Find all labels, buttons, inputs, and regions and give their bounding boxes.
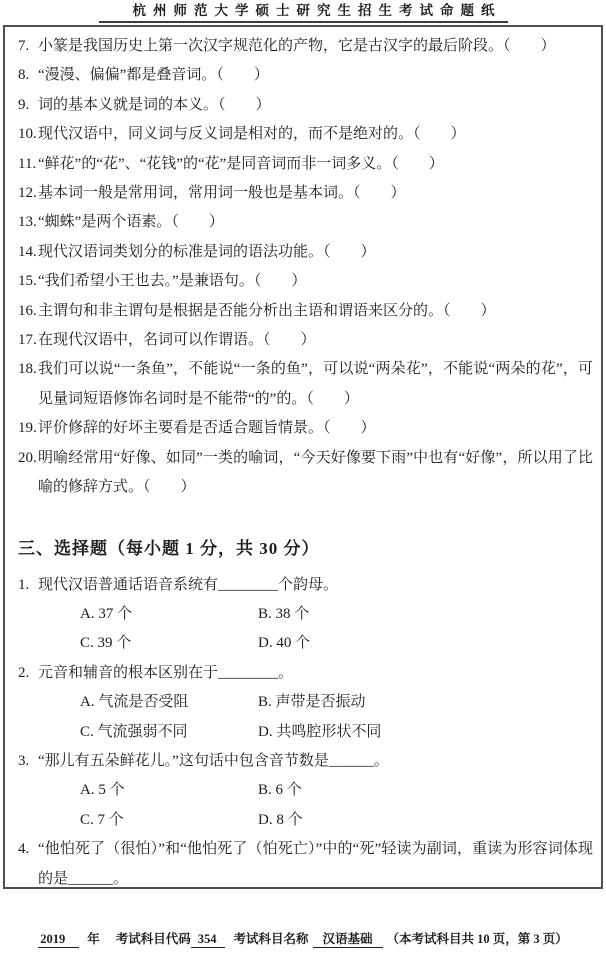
- question-number: 11.: [18, 150, 36, 179]
- question-stem: 现代汉语普通话语音系统有________个韵母。: [38, 577, 338, 593]
- question-number: 18.: [18, 355, 37, 384]
- mc-question-2-options: A. 气流是否受阻 B. 声带是否振动 C. 气流强弱不同 D. 共鸣腔形状不同: [18, 688, 593, 747]
- true-false-item-18: 18. 我们可以说“一条鱼”，不能说“一条的鱼”，可以说“两朵花”，不能说“两朵…: [18, 355, 593, 414]
- page-footer: 2019年考试科目代码354考试科目名称汉语基础（本考试科目共 10 页，第 3…: [0, 929, 606, 947]
- question-number: 14.: [18, 238, 37, 267]
- mc-question-4: 4. “他怕死了（很怕）”和“他怕死了（怕死亡）”中的“死”轻读为副词，重读为形…: [18, 835, 593, 894]
- page-title: 杭州师范大学硕士研究生招生考试命题纸: [99, 3, 508, 23]
- option-d: D. 8 个: [258, 806, 593, 835]
- question-stem: 元音和辅音的根本区别在于________。: [38, 665, 293, 681]
- question-number: 4.: [18, 835, 29, 864]
- true-false-item-16: 16. 主谓句和非主谓句是根据是否能分析出主语和谓语来区分的。（ ）: [18, 297, 593, 326]
- true-false-item-13: 13. “蜘蛛”是两个语素。（ ）: [18, 208, 593, 237]
- true-false-item-14: 14. 现代汉语词类划分的标准是词的语法功能。（ ）: [18, 238, 593, 267]
- question-text: 评价修辞的好坏主要看是否适合题旨情景。（ ）: [38, 420, 376, 436]
- option-a: A. 5 个: [80, 776, 258, 805]
- question-text: 明喻经常用“好像、如同”一类的喻词，“今天好像要下雨”中也有“好像”，所以用了比…: [38, 450, 593, 495]
- question-text: 主谓句和非主谓句是根据是否能分析出主语和谓语来区分的。（ ）: [38, 303, 496, 319]
- mc-question-1: 1. 现代汉语普通话语音系统有________个韵母。: [18, 571, 593, 600]
- question-text: 我们可以说“一条鱼”，不能说“一条的鱼”，可以说“两朵花”，不能说“两朵的花”，…: [38, 361, 593, 406]
- option-a: A. 37 个: [80, 600, 258, 629]
- question-text: 在现代汉语中，名词可以作谓语。（ ）: [38, 332, 316, 348]
- true-false-item-15: 15. “我们希望小王也去。”是兼语句。（ ）: [18, 267, 593, 296]
- true-false-item-10: 10. 现代汉语中，同义词与反义词是相对的，而不是绝对的。（ ）: [18, 120, 593, 149]
- footer-year-label: 年: [87, 932, 100, 946]
- true-false-item-7: 7. 小篆是我国历史上第一次汉字规范化的产物，它是古汉字的最后阶段。（ ）: [18, 32, 593, 61]
- question-number: 3.: [18, 747, 29, 776]
- question-text: “我们希望小王也去。”是兼语句。（ ）: [38, 273, 306, 289]
- mc-question-1-options: A. 37 个 B. 38 个 C. 39 个 D. 40 个: [18, 600, 593, 659]
- section-heading-multiple-choice: 三、选择题（每小题 1 分，共 30 分）: [18, 534, 593, 564]
- exam-paper-page: 杭州师范大学硕士研究生招生考试命题纸 7. 小篆是我国历史上第一次汉字规范化的产…: [0, 0, 606, 959]
- question-text: 基本词一般是常用词，常用词一般也是基本词。（ ）: [38, 185, 406, 201]
- footer-name-label: 考试科目名称: [233, 932, 308, 946]
- true-false-item-20: 20. 明喻经常用“好像、如同”一类的喻词，“今天好像要下雨”中也有“好像”，所…: [18, 444, 593, 503]
- question-sheet-frame: 7. 小篆是我国历史上第一次汉字规范化的产物，它是古汉字的最后阶段。（ ） 8.…: [3, 25, 603, 889]
- question-number: 2.: [18, 659, 29, 688]
- mc-question-3: 3. “那儿有五朵鲜花儿。”这句话中包含音节数是______。: [18, 747, 593, 776]
- question-text: 现代汉语词类划分的标准是词的语法功能。（ ）: [38, 244, 376, 260]
- footer-year-value: 2019: [38, 932, 79, 948]
- question-number: 15.: [18, 267, 37, 296]
- question-text: 词的基本义就是词的本义。（ ）: [38, 97, 271, 113]
- footer-pages-note: （本考试科目共 10 页，第 3 页）: [387, 932, 568, 946]
- mc-question-3-options: A. 5 个 B. 6 个 C. 7 个 D. 8 个: [18, 776, 593, 835]
- question-number: 20.: [18, 444, 37, 473]
- question-number: 7.: [18, 32, 29, 61]
- true-false-item-9: 9. 词的基本义就是词的本义。（ ）: [18, 91, 593, 120]
- question-number: 17.: [18, 326, 37, 355]
- multiple-choice-section: 1. 现代汉语普通话语音系统有________个韵母。 A. 37 个 B. 3…: [18, 571, 593, 894]
- question-number: 13.: [18, 208, 37, 237]
- question-text: 小篆是我国历史上第一次汉字规范化的产物，它是古汉字的最后阶段。（ ）: [38, 38, 556, 54]
- question-number: 10.: [18, 120, 37, 149]
- mc-question-2: 2. 元音和辅音的根本区别在于________。: [18, 659, 593, 688]
- option-c: C. 39 个: [80, 629, 258, 658]
- true-false-item-8: 8. “漫漫、偏偏”都是叠音词。（ ）: [18, 61, 593, 90]
- option-c: C. 气流强弱不同: [80, 718, 258, 747]
- question-stem: “那儿有五朵鲜花儿。”这句话中包含音节数是______。: [38, 753, 389, 769]
- footer-code-value: 354: [191, 932, 226, 948]
- option-b: B. 38 个: [258, 600, 593, 629]
- true-false-item-11: 11. “鲜花”的“花”、“花钱”的“花”是同音词而非一词多义。（ ）: [18, 150, 593, 179]
- question-number: 16.: [18, 297, 37, 326]
- true-false-item-12: 12. 基本词一般是常用词，常用词一般也是基本词。（ ）: [18, 179, 593, 208]
- question-text: “鲜花”的“花”、“花钱”的“花”是同音词而非一词多义。（ ）: [38, 156, 444, 172]
- true-false-item-17: 17. 在现代汉语中，名词可以作谓语。（ ）: [18, 326, 593, 355]
- true-false-item-19: 19. 评价修辞的好坏主要看是否适合题旨情景。（ ）: [18, 414, 593, 443]
- question-number: 1.: [18, 571, 29, 600]
- question-text: “漫漫、偏偏”都是叠音词。（ ）: [38, 67, 269, 83]
- option-d: D. 40 个: [258, 629, 593, 658]
- footer-code-label: 考试科目代码: [116, 932, 191, 946]
- option-b: B. 声带是否振动: [258, 688, 593, 717]
- question-number: 12.: [18, 179, 37, 208]
- question-number: 9.: [18, 91, 29, 120]
- option-d: D. 共鸣腔形状不同: [258, 718, 593, 747]
- question-number: 19.: [18, 414, 37, 443]
- question-stem: “他怕死了（很怕）”和“他怕死了（怕死亡）”中的“死”轻读为副词，重读为形容词体…: [38, 841, 593, 886]
- page-header: 杭州师范大学硕士研究生招生考试命题纸: [0, 0, 606, 23]
- footer-name-value: 汉语基础: [313, 932, 383, 948]
- question-text: “蜘蛛”是两个语素。（ ）: [38, 214, 224, 230]
- option-b: B. 6 个: [258, 776, 593, 805]
- true-false-section: 7. 小篆是我国历史上第一次汉字规范化的产物，它是古汉字的最后阶段。（ ） 8.…: [18, 32, 593, 503]
- question-number: 8.: [18, 61, 29, 90]
- option-a: A. 气流是否受阻: [80, 688, 258, 717]
- question-text: 现代汉语中，同义词与反义词是相对的，而不是绝对的。（ ）: [38, 126, 466, 142]
- option-c: C. 7 个: [80, 806, 258, 835]
